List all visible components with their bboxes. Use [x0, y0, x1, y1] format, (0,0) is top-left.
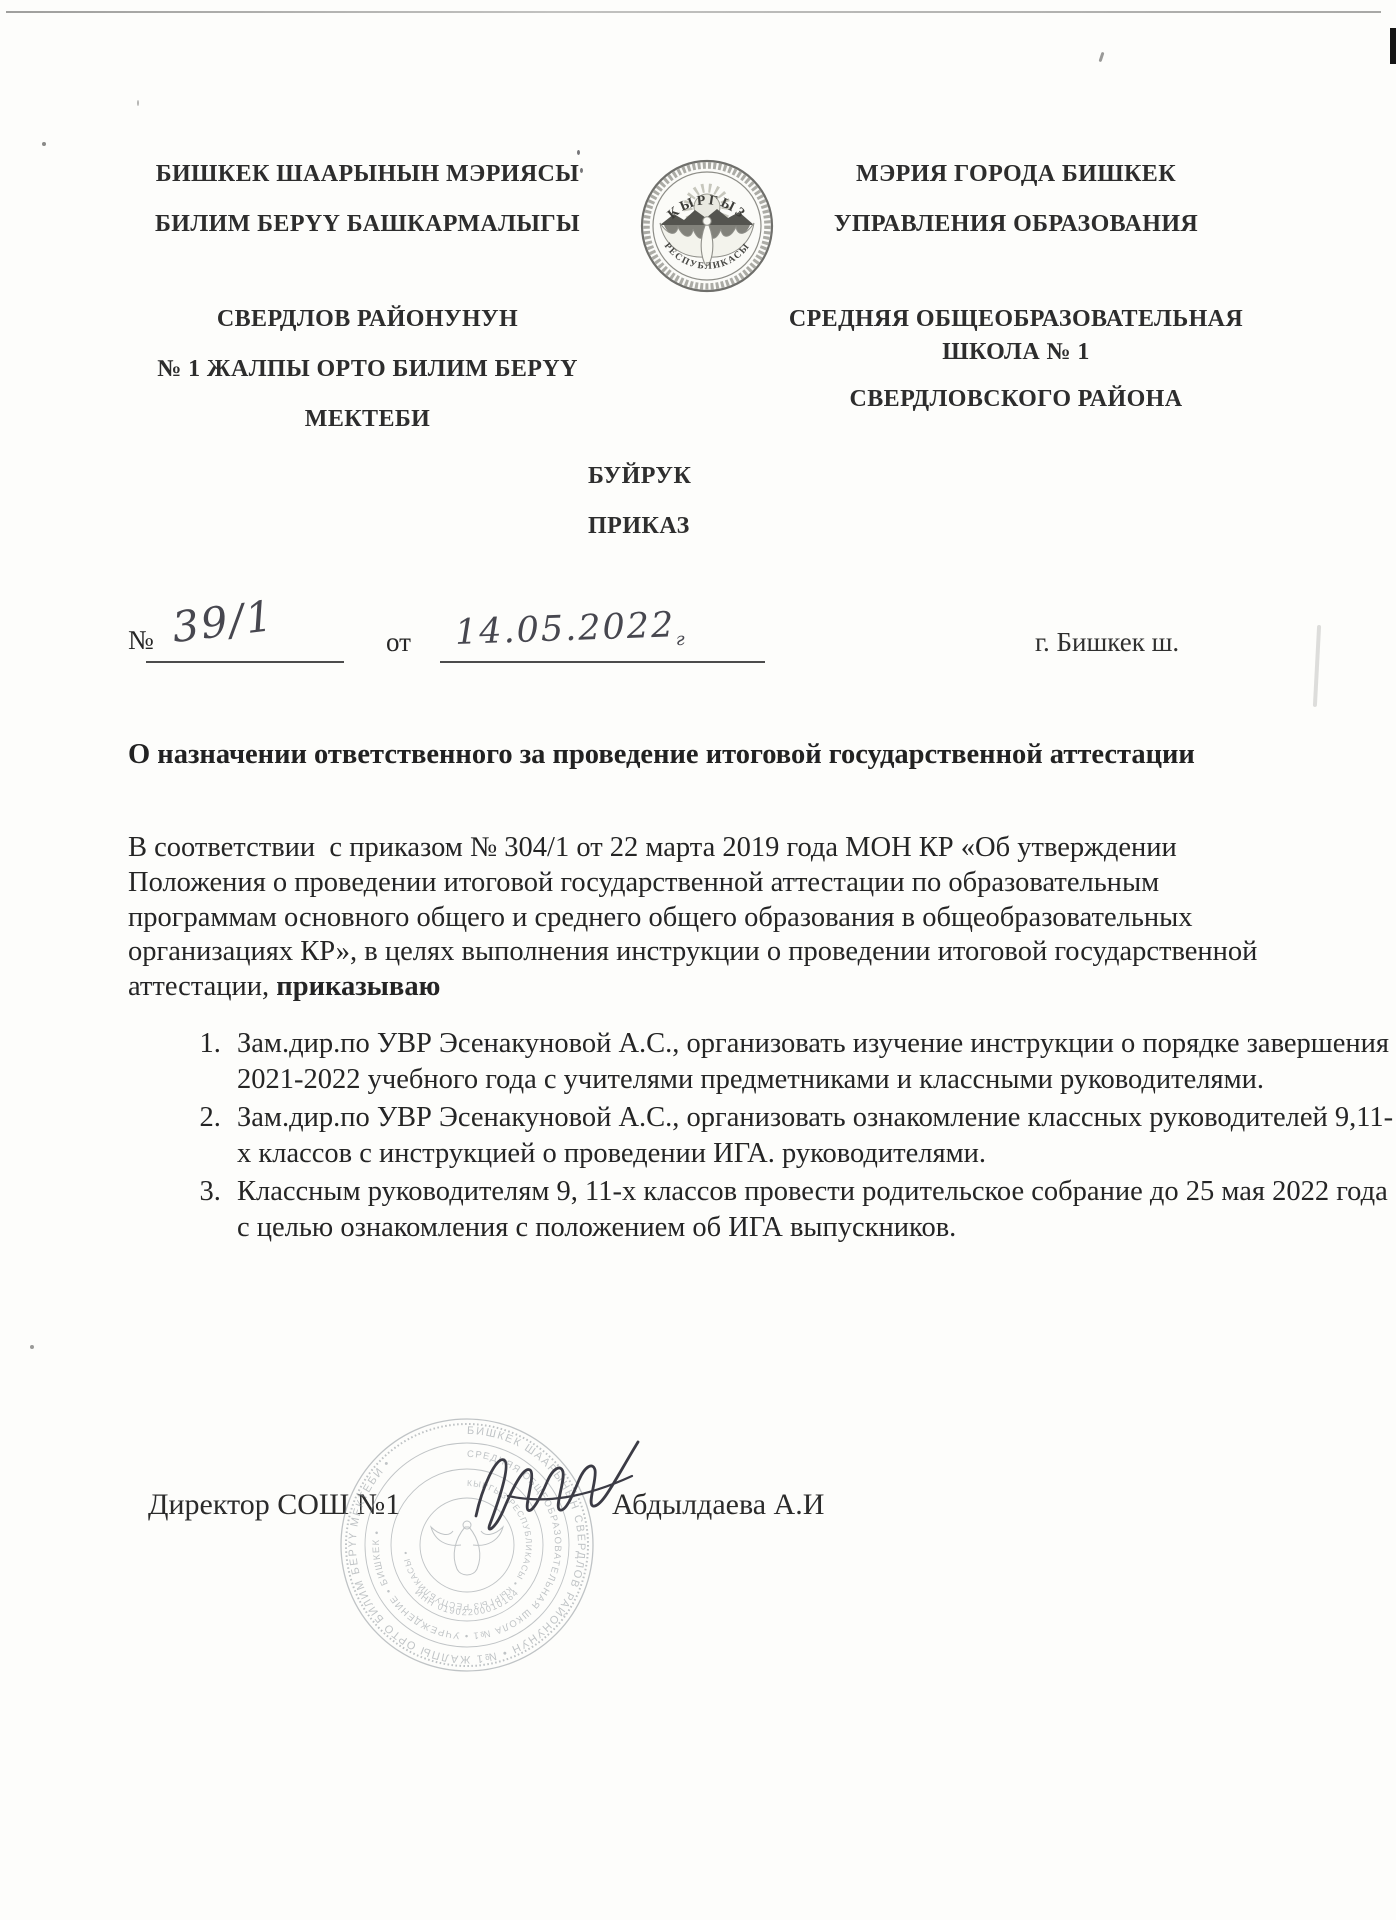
school-name-ru-line2: ШКОЛА № 1 [762, 338, 1270, 366]
number-underline [146, 661, 344, 663]
number-date-line: № 39/1 от 14.05.2022г г. Бишкек ш. [0, 605, 1396, 685]
handwritten-date-suffix: г [675, 630, 687, 650]
scan-speck [577, 150, 580, 155]
doc-type-ru: ПРИКАЗ [588, 512, 691, 540]
date-from-label: от [386, 627, 411, 658]
doc-type: БУЙРУК ПРИКАЗ [588, 462, 691, 540]
handwritten-date-value: 14.05.2022 [454, 605, 676, 653]
scan-speck [1099, 52, 1105, 62]
letterhead-right: МЭРИЯ ГОРОДА БИШКЕК УПРАВЛЕНИЯ ОБРАЗОВАН… [762, 160, 1270, 413]
scan-speck [30, 1345, 34, 1349]
letterhead-left: БИШКЕК ШААРЫНЫН МЭРИЯСЫ БИЛИМ БЕРҮҮ БАШК… [100, 160, 635, 433]
order-keyword: приказываю [276, 971, 440, 1002]
school-name-ru-line3: СВЕРДЛОВСКОГО РАЙОНА [762, 385, 1270, 413]
director-signature [466, 1436, 646, 1540]
org-name-ky-line2: БИЛИМ БЕРҮҮ БАШКАРМАЛЫГЫ [100, 210, 635, 238]
document-page: БИШКЕК ШААРЫНЫН МЭРИЯСЫ БИЛИМ БЕРҮҮ БАШК… [0, 0, 1396, 1920]
kyrgyz-coat-of-arms-icon: КЫРГЫЗ РЕСПУБЛИКАСЫ [638, 155, 776, 297]
date-underline [440, 661, 765, 663]
directive-item: Классным руководителям 9, 11-х классов п… [228, 1174, 1396, 1247]
directive-item: Зам.дир.по УВР Эсенакуновой А.С., органи… [228, 1100, 1396, 1173]
org-name-ky-line1: БИШКЕК ШААРЫНЫН МЭРИЯСЫ [100, 160, 635, 188]
scan-speck [137, 100, 139, 106]
number-symbol: № [128, 625, 154, 656]
scan-speck [42, 142, 46, 146]
org-name-ru-line1: МЭРИЯ ГОРОДА БИШКЕК [762, 160, 1270, 188]
school-name-ru-line1: СРЕДНЯЯ ОБЩЕОБРАЗОВАТЕЛЬНАЯ [762, 305, 1270, 333]
order-subject: О назначении ответственного за проведени… [128, 736, 1253, 774]
directive-item: Зам.дир.по УВР Эсенакуновой А.С., органи… [228, 1026, 1396, 1099]
school-name-ky-line3: МЕКТЕБИ [100, 405, 635, 433]
school-name-ky-line1: СВЕРДЛОВ РАЙОНУНУН [100, 305, 635, 333]
org-name-ru-line2: УПРАВЛЕНИЯ ОБРАЗОВАНИЯ [762, 210, 1270, 238]
scan-corner-mark [1390, 28, 1396, 64]
handwritten-date: 14.05.2022г [454, 605, 687, 658]
handwritten-order-number: 39/1 [169, 591, 277, 652]
doc-type-ky: БУЙРУК [588, 462, 691, 490]
directives-list: Зам.дир.по УВР Эсенакуновой А.С., органи… [128, 1026, 1396, 1247]
place-label: г. Бишкек ш. [1035, 627, 1179, 658]
order-preamble: В соответствии с приказом № 304/1 от 22 … [128, 831, 1280, 1005]
school-name-ky-line2: № 1 ЖАЛПЫ ОРТО БИЛИМ БЕРҮҮ [100, 355, 635, 383]
scan-edge-line [6, 11, 1381, 13]
